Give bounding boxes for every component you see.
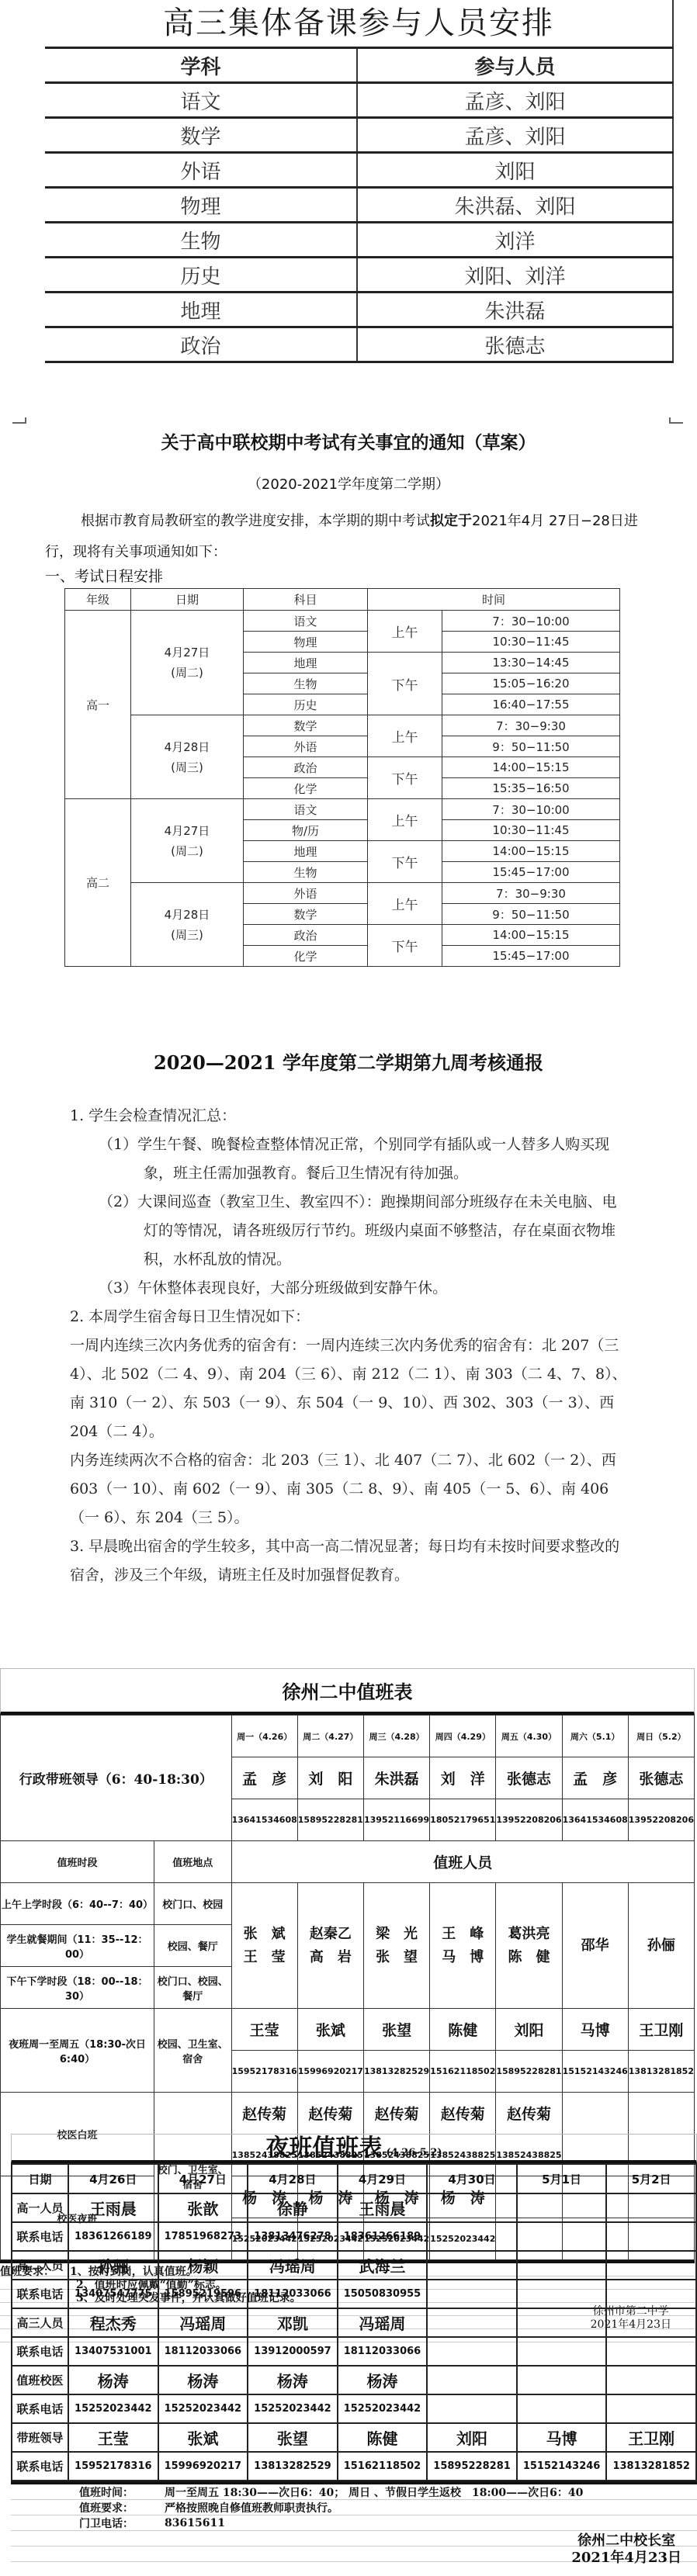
- date-text: 4月27日: [131, 642, 243, 663]
- day-header: 周五（4.30）: [496, 1716, 562, 1757]
- staff-name: 王莹: [68, 2423, 158, 2452]
- time-cell: 14:00−15:15: [442, 841, 620, 862]
- staff-phone: 13407531001: [68, 2337, 158, 2366]
- date-cell: 4月28日(周三): [131, 715, 244, 799]
- date-header: 4月30日: [427, 2164, 517, 2193]
- period-cell: 上午: [368, 883, 442, 925]
- time-cell: 7：30−10:00: [442, 799, 620, 820]
- subject-cell: 生物: [244, 673, 368, 694]
- table-row: 联系电话152520234421525202344215252023442152…: [12, 2394, 696, 2423]
- date-header-row: 日期4月26日4月27日4月28日4月29日4月30日5月1日5月2日: [12, 2164, 696, 2193]
- staff-name: 孙俪: [629, 1934, 694, 1958]
- night-staff-phone: 15996920217: [297, 2051, 363, 2093]
- staff-phone: 15252023442: [158, 2394, 248, 2423]
- staff-phone: [606, 2222, 696, 2251]
- day-slot-row: 上午上学时段（6：40--7：40）校门口、校园张 斌王 莹赵秦乙高 岩梁 光张…: [1, 1883, 695, 1925]
- period-cell: 下午: [368, 925, 442, 967]
- staff-phone: [517, 2222, 607, 2251]
- staff-name: [517, 2251, 607, 2280]
- staff-name: [606, 2251, 696, 2280]
- period-cell: 上午: [368, 799, 442, 841]
- subject-cell: 生物: [244, 862, 368, 883]
- subject-cell: 地理: [244, 653, 368, 673]
- staff-phone: 15152143246: [517, 2452, 607, 2481]
- leader-phone: 13952116699: [363, 1799, 429, 1841]
- staff-phone: 13813282529: [248, 2452, 338, 2481]
- staff-name: [427, 2308, 517, 2337]
- staff-phone: [517, 2280, 607, 2308]
- staff-header-row: 值班时段值班地点值班人员: [1, 1841, 695, 1883]
- date-header: 5月1日: [517, 2164, 607, 2193]
- period-cell: 下午: [368, 841, 442, 883]
- day-staff-cell: 赵秦乙高 岩: [297, 1883, 363, 2009]
- exam-notice-subtitle: （2020-2021学年度第二学期）: [0, 473, 697, 493]
- report-heading-1: 1. 学生会检查情况汇总：: [70, 1102, 629, 1130]
- night-staff-phone: 15162118502: [430, 2051, 496, 2093]
- subject-cell: 地理: [244, 841, 368, 862]
- exam-schedule-table: 年级日期科目时间高一4月27日(周二)语文上午7：30−10:00物理10:30…: [64, 588, 620, 967]
- staff-cell: 张德志: [357, 327, 673, 362]
- table-row: 高一人员王雨晨张歆徐静王雨晨: [12, 2193, 696, 2222]
- date-text: 4月28日: [131, 905, 243, 925]
- leader-phone: 13952208206: [628, 1799, 694, 1841]
- night-staff-name: 马博: [562, 2009, 628, 2051]
- staff-name: 赵秦乙: [298, 1923, 363, 1946]
- staff-name: 梁 光: [364, 1923, 429, 1946]
- exam-row: 高二4月27日(周二)语文上午7：30−10:00: [65, 799, 620, 820]
- staff-phone: [606, 2337, 696, 2366]
- day-staff-cell: 王 峰马 博: [430, 1883, 496, 2009]
- column-header: 学科: [45, 48, 357, 83]
- exam-row: 4月28日(周三)数学上午7：30−9:30: [65, 715, 620, 736]
- weekly-report: 2020—2021 学年度第二学期第九周考核通报 1. 学生会检查情况汇总： （…: [0, 1009, 697, 1653]
- staff-name: 徐静: [248, 2193, 338, 2222]
- weekday-text: (周三): [131, 757, 243, 777]
- note-value: 周一至周五 18:30——次日6：40； 周日 、节假日学生返校 18:00——…: [165, 2484, 583, 2500]
- staff-phone: [427, 2222, 517, 2251]
- table-row: 地理朱洪磊: [45, 293, 673, 327]
- weekly-report-body: 1. 学生会检查情况汇总： （1）学生午餐、晚餐检查整体情况正常，个别同学有插队…: [70, 1102, 629, 1590]
- night-staff-name: 张望: [363, 2009, 429, 2051]
- time-cell: 15:05−16:20: [442, 673, 620, 694]
- staff-name: 武海兰: [338, 2251, 428, 2280]
- table-row: 数学孟彦、刘阳: [45, 118, 673, 153]
- date-header: 4月28日: [248, 2164, 338, 2193]
- row-label: 联系电话: [12, 2394, 68, 2423]
- grade-cell: 高二: [65, 799, 131, 967]
- table-header-row: 学科参与人员: [45, 48, 673, 83]
- staff-name: 冯瑶周: [338, 2308, 428, 2337]
- night-duty-row: 夜班周一至周五（18:30-次日6:40）校园、卫生室、宿舍王莹张斌张望陈健刘阳…: [1, 2009, 695, 2051]
- staff-cell: 刘阳、刘洋: [357, 258, 673, 293]
- subject-cell: 地理: [45, 293, 357, 327]
- staff-name: 王 峰: [430, 1923, 495, 1946]
- day-staff-cell: 邵华: [562, 1883, 628, 2009]
- subject-cell: 语文: [244, 799, 368, 820]
- time-cell: 16:40−17:55: [442, 694, 620, 715]
- staff-name: 陈健: [338, 2423, 428, 2452]
- night-period: 夜班周一至周五（18:30-次日6:40）: [1, 2009, 154, 2093]
- slot-period: 学生就餐期间（11：35--12：00）: [1, 1925, 154, 1967]
- staff-cell: 孟彦、刘阳: [357, 83, 673, 118]
- table-row: 语文孟彦、刘阳: [45, 83, 673, 118]
- column-header: 参与人员: [357, 48, 673, 83]
- slot-period: 下午下学时段（18：00--18：30）: [1, 1967, 154, 2009]
- weekday-text: (周三): [131, 925, 243, 945]
- staff-name: 张歆: [158, 2193, 248, 2222]
- staff-name: 张望: [248, 2423, 338, 2452]
- time-cell: 14:00−15:15: [442, 757, 620, 778]
- note-value: 严格按照晚自修值班教师职责执行。: [165, 2500, 338, 2515]
- prep-schedule-table: 学科参与人员语文孟彦、刘阳数学孟彦、刘阳外语刘阳物理朱洪磊、刘阳生物刘洋历史刘阳…: [45, 47, 674, 363]
- staff-phone: 15996920217: [158, 2452, 248, 2481]
- leader-label: 行政带班领导（6：40-18:30）: [1, 1716, 232, 1841]
- staff-phone: 15895228281: [427, 2452, 517, 2481]
- row-label: 高三人员: [12, 2308, 68, 2337]
- date-cell: 4月27日(周二): [131, 799, 244, 883]
- paragraph-bold-text: 拟定于: [430, 513, 472, 529]
- staff-phone: 18112033066: [338, 2337, 428, 2366]
- table-row: 联系电话134075310011811203306613912000597181…: [12, 2337, 696, 2366]
- date-cell: 4月28日(周三): [131, 883, 244, 967]
- time-cell: 9：50−11:50: [442, 904, 620, 925]
- exam-notice-paragraph: 根据市教育局教研室的教学进度安排，本学期的期中考试拟定于2021年4月 27日−…: [45, 506, 658, 568]
- day-header: 周六（5.1）: [562, 1716, 628, 1757]
- time-cell: 7：30−9:30: [442, 715, 620, 736]
- table-row: 外语刘阳: [45, 153, 673, 188]
- staff-name: [427, 2193, 517, 2222]
- night-roster-title: 夜班值班表 (4.26-5.2): [11, 2134, 697, 2163]
- leader-phone: 18052179651: [430, 1799, 496, 1841]
- doctor-name: 赵传菊: [231, 2093, 297, 2135]
- report-heading-2: 2. 本周学生宿舍每日卫生情况如下：: [70, 1303, 629, 1331]
- table-row: 政治张德志: [45, 327, 673, 362]
- staff-name: 葛洪亮: [496, 1923, 561, 1946]
- staff-name: 王雨晨: [68, 2193, 158, 2222]
- staff-name: 杨涛: [68, 2366, 158, 2394]
- staff-phone: 17851968273: [158, 2222, 248, 2251]
- column-header: 日期: [12, 2164, 68, 2193]
- staff-phone: 18361266189: [338, 2222, 428, 2251]
- leader-name: 张德志: [628, 1757, 694, 1799]
- time-cell: 15:45−17:00: [442, 946, 620, 967]
- day-staff-cell: 葛洪亮陈 健: [496, 1883, 562, 2009]
- signature-date: 2021年4月23日: [571, 2550, 681, 2567]
- staff-cell: 朱洪磊: [357, 293, 673, 327]
- subject-cell: 数学: [244, 715, 368, 736]
- date-cell: 4月27日(周二): [131, 611, 244, 715]
- leader-name: 张德志: [496, 1757, 562, 1799]
- day-header: 周日（5.2）: [628, 1716, 694, 1757]
- table-row: 联系电话134075477751589521959618112033066150…: [12, 2280, 696, 2308]
- prep-schedule-title: 高三集体备课参与人员安排: [45, 0, 674, 47]
- staff-name: 刘阳: [427, 2423, 517, 2452]
- staff-phone: 15252023442: [338, 2394, 428, 2423]
- doctor-name: [562, 2093, 628, 2135]
- weekday-text: (周二): [131, 841, 243, 861]
- exam-notice: 关于高中联校期中考试有关事宜的通知（草案） （2020-2021学年度第二学期）…: [0, 372, 697, 978]
- staff-phone: 13407547775: [68, 2280, 158, 2308]
- row-label: 高二人员: [12, 2251, 68, 2280]
- doctor-name: 赵传菊: [297, 2093, 363, 2135]
- paragraph-text: 根据市教育局教研室的教学进度安排，本学期的期中考试: [81, 513, 430, 529]
- subject-cell: 政治: [45, 327, 357, 362]
- leader-phone: 13641534608: [231, 1799, 297, 1841]
- row-label: 高一人员: [12, 2193, 68, 2222]
- staff-phone: [427, 2280, 517, 2308]
- staff-phone: 18361266189: [68, 2222, 158, 2251]
- staff-name: [606, 2193, 696, 2222]
- time-cell: 10:30−11:45: [442, 820, 620, 841]
- leader-phone: 15895228281: [297, 1799, 363, 1841]
- staff-name: 王 莹: [232, 1946, 297, 1969]
- staff-phone: 15252023442: [248, 2394, 338, 2423]
- note-row: 值班时间：周一至周五 18:30——次日6：40； 周日 、节假日学生返校 18…: [11, 2484, 697, 2500]
- night-place: 校园、卫生室、宿舍: [154, 2009, 232, 2093]
- grade-cell: 高一: [65, 611, 131, 799]
- row-label: 联系电话: [12, 2222, 68, 2251]
- note-key: 值班要求：: [11, 2500, 165, 2515]
- staff-phone: 15952178316: [68, 2452, 158, 2481]
- day-staff-cell: 梁 光张 望: [363, 1883, 429, 2009]
- subject-cell: 物理: [45, 188, 357, 223]
- table-header-row: 年级日期科目时间: [65, 589, 620, 611]
- staff-name: 张 望: [364, 1946, 429, 1969]
- signature-org: 徐州二中校长室: [571, 2533, 681, 2550]
- night-roster-range: (4.26-5.2): [387, 2147, 442, 2159]
- slot-period: 上午上学时段（6：40--7：40）: [1, 1883, 154, 1925]
- staff-phone: 13813281852: [606, 2452, 696, 2481]
- report-item: （1）学生午餐、晚餐检查整体情况正常，个别同学有插队或一人替多人购买现象，班主任…: [70, 1130, 629, 1188]
- staff-phone: [427, 2394, 517, 2423]
- staff-name: 王卫刚: [606, 2423, 696, 2452]
- staff-phone: 15252023442: [68, 2394, 158, 2423]
- time-cell: 9：50−11:50: [442, 736, 620, 757]
- period-cell: 下午: [368, 757, 442, 799]
- day-header: 周三（4.28）: [363, 1716, 429, 1757]
- table-row: 历史刘阳、刘洋: [45, 258, 673, 293]
- day-staff-cell: 孙俪: [628, 1883, 694, 2009]
- staff-cell: 刘阳: [357, 153, 673, 188]
- section-heading: 一、考试日程安排: [45, 565, 163, 586]
- day-staff-cell: 张 斌王 莹: [231, 1883, 297, 2009]
- night-staff-name: 陈健: [430, 2009, 496, 2051]
- time-cell: 15:35−16:50: [442, 778, 620, 799]
- staff-cell: 朱洪磊、刘阳: [357, 188, 673, 223]
- staff-name: [517, 2308, 607, 2337]
- table-row: 高三人员程杰秀冯瑶周邓凯冯瑶周: [12, 2308, 696, 2337]
- row-label: 带班领导: [12, 2423, 68, 2452]
- staff-name: 孙骊: [68, 2251, 158, 2280]
- staff-name: [606, 2308, 696, 2337]
- staff-phone: 15895219596: [158, 2280, 248, 2308]
- night-staff-phone: 15152143246: [562, 2051, 628, 2093]
- staff-name: 马 博: [430, 1946, 495, 1969]
- subject-cell: 数学: [244, 904, 368, 925]
- leader-name: 刘 洋: [430, 1757, 496, 1799]
- report-item: （3）午休整体表现良好，大部分班级做到安静午休。: [70, 1274, 629, 1303]
- night-roster-table: 日期4月26日4月27日4月28日4月29日4月30日5月1日5月2日高一人员王…: [11, 2163, 697, 2481]
- days-row: 行政带班领导（6：40-18:30）周一（4.26）周二（4.27）周三（4.2…: [1, 1716, 695, 1757]
- subject-cell: 历史: [244, 694, 368, 715]
- note-row: 门卫电话：83615611: [11, 2515, 697, 2531]
- column-header: 时间: [368, 589, 620, 611]
- date-header: 4月27日: [158, 2164, 248, 2193]
- night-staff-name: 刘阳: [496, 2009, 562, 2051]
- subject-cell: 化学: [244, 778, 368, 799]
- weekly-report-title: 2020—2021 学年度第二学期第九周考核通报: [0, 1047, 697, 1075]
- staff-phone: 13912000597: [248, 2337, 338, 2366]
- day-header: 周二（4.27）: [297, 1716, 363, 1757]
- staff-name: 张斌: [158, 2423, 248, 2452]
- subject-cell: 化学: [244, 946, 368, 967]
- subject-cell: 历史: [45, 258, 357, 293]
- doctor-name: [628, 2093, 694, 2135]
- weekday-text: (周二): [131, 663, 243, 683]
- staff-name: [517, 2193, 607, 2222]
- column-header: 科目: [244, 589, 368, 611]
- row-label: 联系电话: [12, 2280, 68, 2308]
- staff-name: 邵华: [563, 1934, 628, 1958]
- doctor-name: 赵传菊: [430, 2093, 496, 2135]
- note-value: 83615611: [165, 2517, 225, 2529]
- exam-notice-title: 关于高中联校期中考试有关事宜的通知（草案）: [0, 428, 697, 454]
- staff-name: 王雨晨: [338, 2193, 428, 2222]
- night-staff-phone: 15952178316: [231, 2051, 297, 2093]
- staff-name: 冯瑶周: [248, 2251, 338, 2280]
- subject-cell: 外语: [244, 883, 368, 904]
- table-row: 带班领导王莹张斌张望陈健刘阳马博王卫刚: [12, 2423, 696, 2452]
- staff-phone: 15162118502: [338, 2452, 428, 2481]
- staff-cell: 刘洋: [357, 223, 673, 258]
- date-text: 4月28日: [131, 737, 243, 757]
- staff-name: 马博: [517, 2423, 607, 2452]
- row-label: 联系电话: [12, 2337, 68, 2366]
- dorm-excellent-list: 一周内连续三次内务优秀的宿舍有：一周内连续三次内务优秀的宿舍有：北 207（三 …: [70, 1331, 629, 1446]
- night-roster-title-text: 夜班值班表: [265, 2135, 382, 2162]
- night-staff-name: 王莹: [231, 2009, 297, 2051]
- column-header: 年级: [65, 589, 131, 611]
- page-corner-mark: [669, 417, 683, 424]
- time-cell: 10:30−11:45: [442, 632, 620, 653]
- duty-roster-title: 徐州二中值班表: [0, 1668, 695, 1715]
- table-row: 联系电话159521783161599692021713813282529151…: [12, 2452, 696, 2481]
- night-staff-phone: 15895228281: [496, 2051, 562, 2093]
- staff-phone: 15050830955: [338, 2280, 428, 2308]
- table-row: 联系电话183612661891785196827313813476278183…: [12, 2222, 696, 2251]
- row-label: 值班校医: [12, 2366, 68, 2394]
- staff-phone: [427, 2337, 517, 2366]
- slot-place: 校门口、校园、餐厅: [154, 1967, 232, 2009]
- day-header: 周一（4.26）: [231, 1716, 297, 1757]
- staff-name: 高 岩: [298, 1946, 363, 1969]
- time-cell: 7：30−9:30: [442, 883, 620, 904]
- exam-row: 高一4月27日(周二)语文上午7：30−10:00: [65, 611, 620, 632]
- staff-name: 冯瑶周: [158, 2308, 248, 2337]
- staff-name: 邓凯: [248, 2308, 338, 2337]
- leader-phone: 13952208206: [496, 1799, 562, 1841]
- staff-phone: [517, 2337, 607, 2366]
- row-label: 联系电话: [12, 2452, 68, 2481]
- staff-name: 杨涛: [248, 2366, 338, 2394]
- period-cell: 上午: [368, 715, 442, 757]
- day-header: 周四（4.29）: [430, 1716, 496, 1757]
- staff-name: 杨涛: [338, 2366, 428, 2394]
- report-item: （2）大课间巡查（教室卫生、教室四不）：跑操期间部分班级存在未关电脑、电灯的等情…: [70, 1188, 629, 1274]
- subject-cell: 物理: [244, 632, 368, 653]
- table-row: 值班校医杨涛杨涛杨涛杨涛: [12, 2366, 696, 2394]
- subject-cell: 物/历: [244, 820, 368, 841]
- date-header: 5月2日: [606, 2164, 696, 2193]
- night-staff-phone: 13813282529: [363, 2051, 429, 2093]
- table-row: 生物刘洋: [45, 223, 673, 258]
- staff-name: 陈 健: [496, 1946, 561, 1969]
- staff-phone: [606, 2394, 696, 2423]
- staff-name: 杨颖: [158, 2251, 248, 2280]
- slot-place: 校门口、校园: [154, 1883, 232, 1925]
- staff-name: [517, 2366, 607, 2394]
- staff-name: [427, 2251, 517, 2280]
- staff-phone: [606, 2280, 696, 2308]
- subject-cell: 语文: [45, 83, 357, 118]
- slot-place: 校园、餐厅: [154, 1925, 232, 1967]
- time-cell: 7：30−10:00: [442, 611, 620, 632]
- dorm-failed-list: 内务连续两次不合格的宿舍：北 203（三 1）、北 407（二 7）、北 602…: [70, 1446, 629, 1532]
- subject-cell: 外语: [244, 736, 368, 757]
- signature: 徐州二中校长室2021年4月23日: [571, 2533, 681, 2567]
- night-roster-notes: 值班时间：周一至周五 18:30——次日6：40； 周日 、节假日学生返校 18…: [11, 2481, 697, 2562]
- time-cell: 13:30−14:45: [442, 653, 620, 673]
- subject-cell: 生物: [45, 223, 357, 258]
- leader-name: 刘 阳: [297, 1757, 363, 1799]
- date-text: 4月27日: [131, 821, 243, 841]
- night-staff-phone: 13813281852: [628, 2051, 694, 2093]
- staff-name: 张 斌: [232, 1923, 297, 1946]
- date-header: 4月29日: [338, 2164, 428, 2193]
- night-staff-name: 张斌: [297, 2009, 363, 2051]
- table-row: 高二人员孙骊杨颖冯瑶周武海兰: [12, 2251, 696, 2280]
- staff-name: [427, 2366, 517, 2394]
- date-header: 4月26日: [68, 2164, 158, 2193]
- period-cell: 下午: [368, 653, 442, 715]
- page-corner-mark: [12, 417, 26, 424]
- subject-cell: 语文: [244, 611, 368, 632]
- subject-cell: 政治: [244, 757, 368, 778]
- leader-name: 孟 彦: [562, 1757, 628, 1799]
- subject-cell: 外语: [45, 153, 357, 188]
- leader-name: 孟 彦: [231, 1757, 297, 1799]
- subject-cell: 政治: [244, 925, 368, 946]
- time-cell: 14:00−15:15: [442, 925, 620, 946]
- column-header: 值班时段: [1, 1841, 154, 1883]
- exam-row: 4月28日(周三)外语上午7：30−9:30: [65, 883, 620, 904]
- note-key: 值班时间：: [11, 2484, 165, 2500]
- staff-name: 程杰秀: [68, 2308, 158, 2337]
- leader-name: 朱洪磊: [363, 1757, 429, 1799]
- staff-phone: 18112033066: [158, 2337, 248, 2366]
- table-row: 物理朱洪磊、刘阳: [45, 188, 673, 223]
- staff-name: 杨涛: [158, 2366, 248, 2394]
- time-cell: 15:45−17:00: [442, 862, 620, 883]
- leader-phone: 13641534608: [562, 1799, 628, 1841]
- night-roster: 夜班值班表 (4.26-5.2) 日期4月26日4月27日4月28日4月29日4…: [11, 2134, 697, 2562]
- column-header: 值班人员: [231, 1841, 694, 1883]
- staff-phone: [517, 2394, 607, 2423]
- staff-phone: 18112033066: [248, 2280, 338, 2308]
- column-header: 值班地点: [154, 1841, 232, 1883]
- night-staff-name: 王卫刚: [628, 2009, 694, 2051]
- period-cell: 上午: [368, 611, 442, 653]
